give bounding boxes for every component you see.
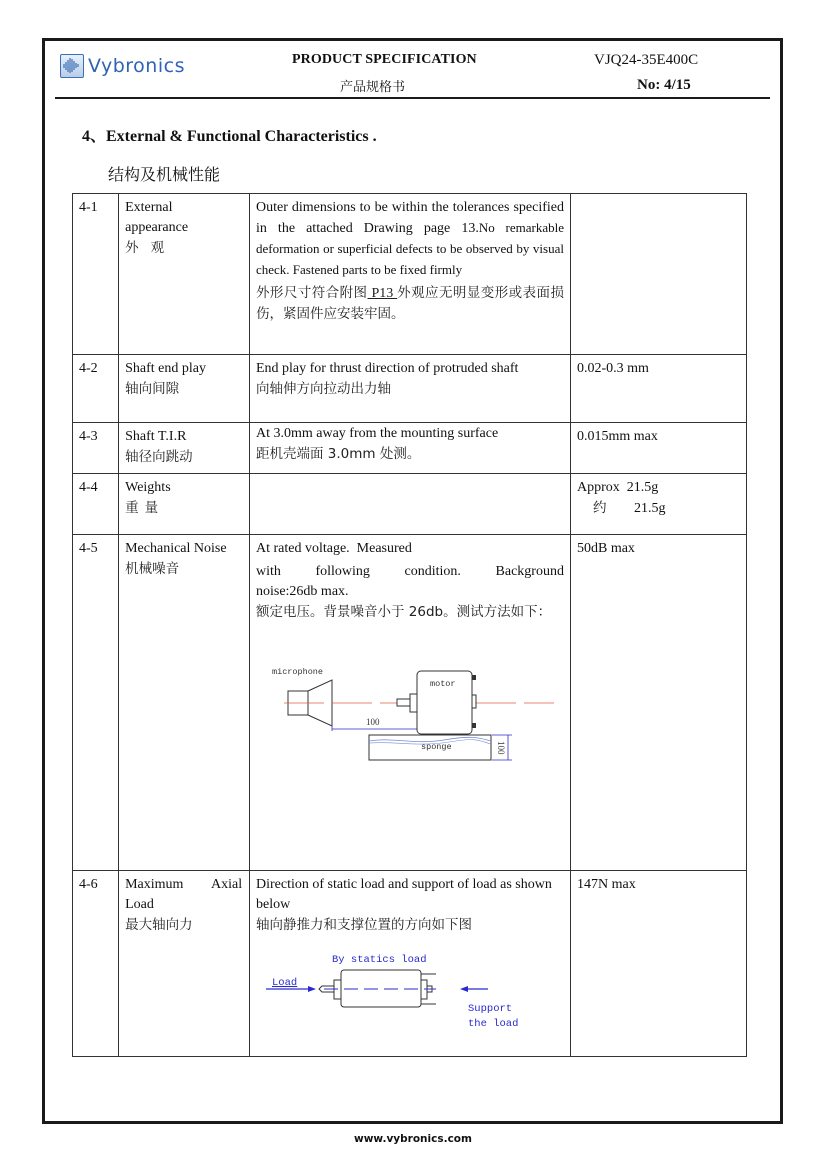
- value-cell: 0.02-0.3 mm: [570, 355, 746, 423]
- description-en: End play for thrust direction of protrud…: [256, 359, 564, 379]
- item-name-en: Maximum Axial Load: [125, 875, 242, 915]
- sponge-label: sponge: [421, 742, 452, 752]
- value-cell: 0.015mm max: [570, 423, 746, 474]
- table-row: 4-2 Shaft end play 轴向间隙 End play for thr…: [73, 355, 747, 423]
- description-en: At 3.0mm away from the mounting surface: [256, 424, 564, 444]
- section-title: 4、External & Functional Characteristics …: [82, 123, 377, 146]
- spec-table: 4-1 External appearance 外观 Outer dimensi…: [72, 193, 747, 1057]
- item-name-cn: 最大轴向力: [125, 915, 243, 936]
- support-label: Support: [468, 1003, 512, 1015]
- description-cn: 外形尺寸符合附图: [256, 285, 368, 301]
- item-name-en: External appearance: [125, 198, 205, 238]
- value-cell: 147N max: [570, 871, 746, 1057]
- table-row: 4-5 Mechanical Noise 机械噪音 At rated volta…: [73, 535, 747, 871]
- drawing-page-ref: P13: [368, 286, 398, 301]
- value-cell: [570, 194, 746, 355]
- item-name-en: Mechanical Noise: [125, 539, 243, 559]
- support-arrow-icon: [460, 986, 468, 992]
- item-name-cn: 机械噪音: [125, 559, 243, 580]
- statics-load-label: By statics load: [332, 954, 427, 966]
- description-cell: Outer dimensions to be within the tolera…: [249, 194, 570, 355]
- item-name-cn: 轴向间隙: [125, 379, 243, 400]
- item-name-en: Shaft T.I.R: [125, 427, 243, 447]
- load-label: Load: [272, 977, 297, 989]
- brand-name: Vybronics: [88, 55, 185, 77]
- footer-website[interactable]: www.vybronics.com: [0, 1133, 826, 1145]
- description-en-line1: At rated voltage. Measured: [256, 539, 564, 559]
- load-arrow-icon: [308, 986, 316, 992]
- microphone-label: microphone: [272, 667, 323, 677]
- table-row: 4-6 Maximum Axial Load 最大轴向力 Direction o…: [73, 871, 747, 1057]
- weight-value-en: Approx 21.5g: [577, 478, 740, 498]
- item-name-cn: 重量: [125, 498, 243, 519]
- value-cell: 50dB max: [570, 535, 746, 871]
- axial-load-diagram: By statics load Load Support the load: [256, 950, 536, 1035]
- description-cn: 额定电压。背景噪音小于 26db。测试方法如下：: [256, 602, 564, 623]
- table-row: 4-1 External appearance 外观 Outer dimensi…: [73, 194, 747, 355]
- table-row: 4-4 Weights 重量 Approx 21.5g 约 21.5g: [73, 474, 747, 535]
- distance-label: 100: [366, 717, 380, 727]
- item-cell: External appearance 外观: [119, 194, 250, 355]
- item-name-cn: 轴径向跳动: [125, 447, 243, 468]
- row-number: 4-1: [73, 194, 119, 355]
- support-label-2: the load: [468, 1018, 518, 1030]
- description-cn: 距机壳端面 3.0mm 处测。: [256, 444, 564, 465]
- description-cell: [249, 474, 570, 535]
- row-number: 4-4: [73, 474, 119, 535]
- row-number: 4-2: [73, 355, 119, 423]
- description-cn: 轴向静推力和支撑位置的方向如下图: [256, 915, 564, 936]
- waveform-icon: [60, 54, 84, 78]
- description-cn: 向轴伸方向拉动出力轴: [256, 379, 564, 400]
- table-row: 4-3 Shaft T.I.R 轴径向跳动 At 3.0mm away from…: [73, 423, 747, 474]
- weight-value-cn: 21.5g: [634, 501, 666, 516]
- weight-label-cn: 约: [593, 500, 607, 516]
- header-divider: [55, 97, 770, 99]
- row-number: 4-3: [73, 423, 119, 474]
- page-number: No: 4/15: [637, 77, 691, 94]
- noise-test-diagram: microphone 100 motor: [264, 661, 564, 781]
- description-en-line3: noise:26db max.: [256, 582, 564, 602]
- doc-title: PRODUCT SPECIFICATION: [292, 52, 477, 68]
- item-name-en: Shaft end play: [125, 359, 243, 379]
- item-name-en: Weights: [125, 478, 243, 498]
- description-en: Direction of static load and support of …: [256, 875, 564, 915]
- height-label: 100: [496, 741, 506, 755]
- item-name-cn: 外观: [125, 238, 243, 259]
- row-number: 4-6: [73, 871, 119, 1057]
- doc-title-cn: 产品规格书: [340, 76, 405, 95]
- motor-label: motor: [430, 679, 456, 689]
- brand-logo: Vybronics: [60, 54, 185, 78]
- row-number: 4-5: [73, 535, 119, 871]
- description-en-line2: with following condition. Background: [256, 562, 564, 582]
- section-subtitle: 结构及机械性能: [108, 162, 220, 185]
- part-number: VJQ24-35E400C: [594, 52, 698, 69]
